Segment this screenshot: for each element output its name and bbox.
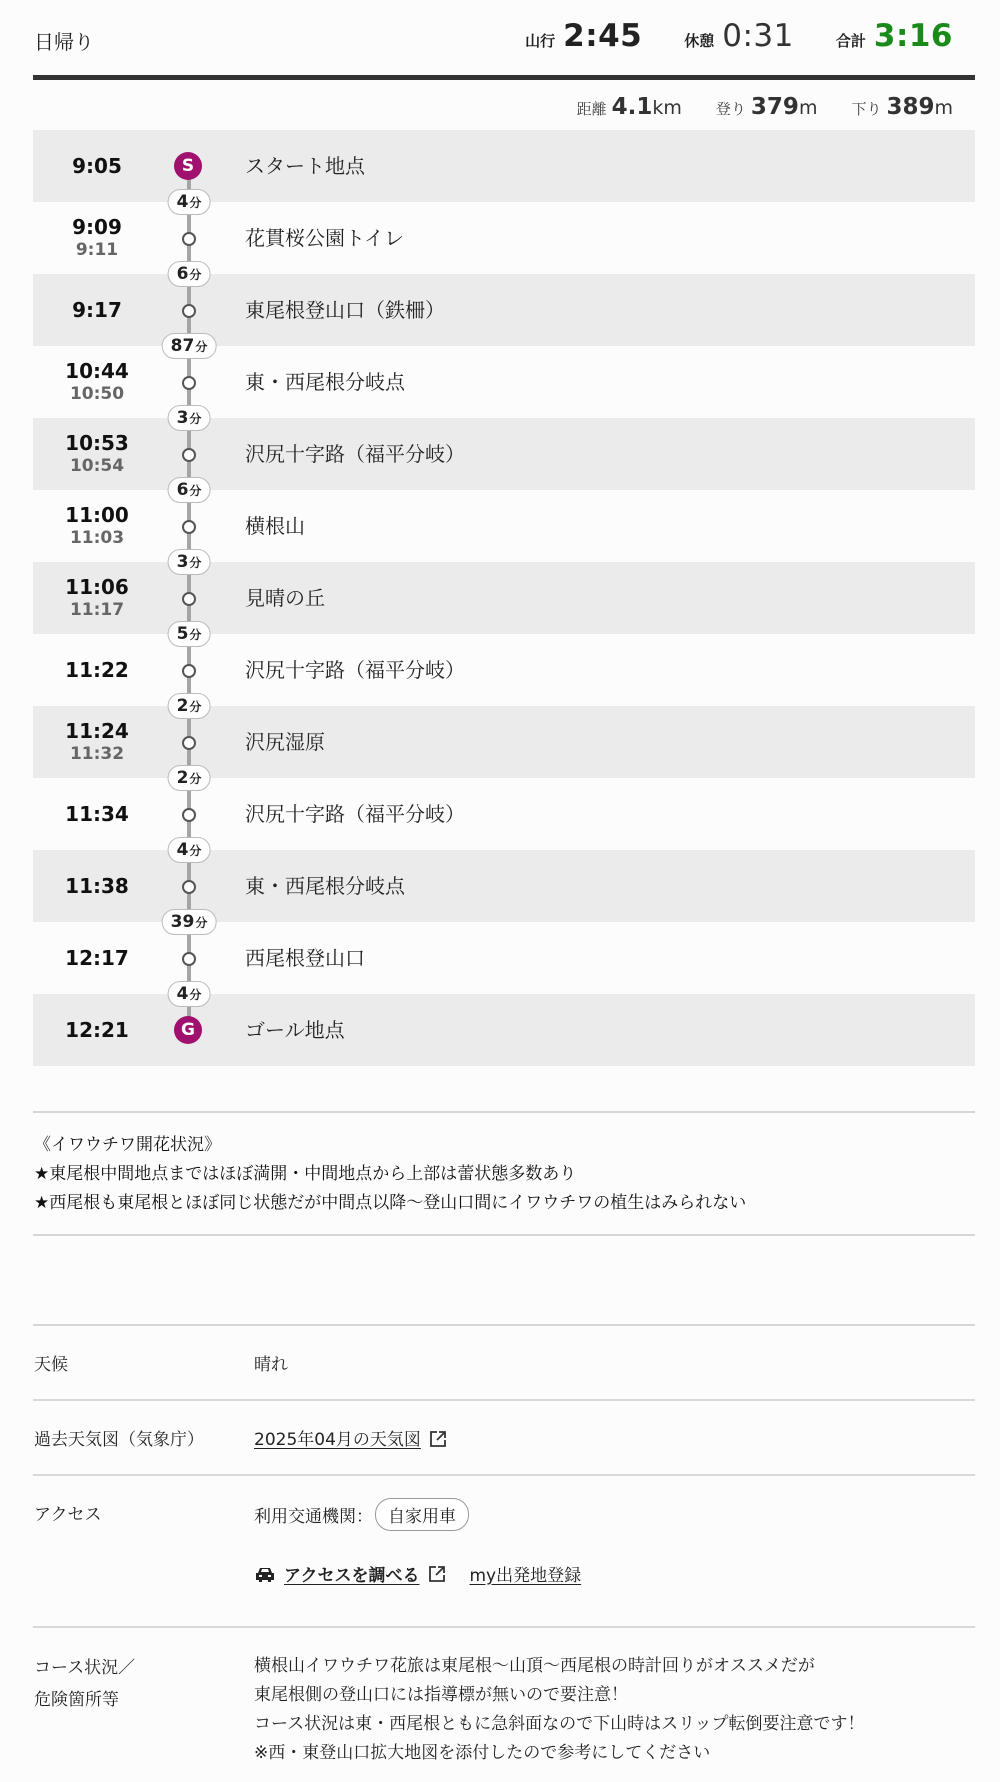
- time-cell: 11:22: [33, 658, 161, 682]
- access-label: アクセス: [33, 1476, 254, 1626]
- arrival-time: 9:05: [33, 154, 161, 178]
- departure-time: 11:32: [33, 743, 161, 765]
- arrival-time: 9:09: [33, 215, 161, 239]
- waypoint-node-icon: [182, 304, 196, 318]
- waypoint-name: 見晴の丘: [245, 562, 325, 634]
- segment-duration-badge: 3分: [168, 405, 211, 431]
- duration-value: 4: [177, 982, 189, 1006]
- weather-chart-value: 2025年04月の天気図: [254, 1425, 975, 1450]
- time-cell: 9:099:11: [33, 215, 161, 261]
- waypoint-node-icon: [182, 880, 196, 894]
- course-line: 東尾根側の登山口には指導標が無いので要注意！: [254, 1681, 975, 1710]
- notes-line: ★西尾根も東尾根とほぼ同じ状態だが中間点以降～登山口間にイワウチワの植生はみられ…: [34, 1189, 974, 1218]
- segment-duration-badge: 4分: [168, 981, 211, 1007]
- duration-unit: 分: [195, 335, 207, 359]
- arrival-time: 10:44: [33, 359, 161, 383]
- waypoint-name: 沢尻十字路（福平分岐）: [245, 778, 465, 850]
- duration-unit: 分: [189, 767, 201, 791]
- segment-duration-badge: 87分: [162, 333, 217, 359]
- weather-label: 天候: [33, 1350, 254, 1375]
- access-search-link[interactable]: アクセスを調べる: [284, 1561, 420, 1586]
- transport-badge: 自家用車: [375, 1498, 469, 1531]
- hiking-time-value: 2:45: [563, 18, 642, 54]
- weather-chart-label: 過去天気図（気象庁）: [33, 1425, 254, 1450]
- duration-unit: 分: [189, 263, 201, 287]
- route-stats: 距離 4.1 km 登り 379 m 下り 389 m: [33, 80, 975, 130]
- departure-time: 9:11: [33, 239, 161, 261]
- arrival-time: 12:21: [33, 1018, 161, 1042]
- waypoint-name: 沢尻湿原: [245, 706, 325, 778]
- duration-value: 5: [177, 622, 189, 646]
- duration-value: 4: [177, 190, 189, 214]
- duration-unit: 分: [189, 551, 201, 575]
- segment-duration-badge: 2分: [168, 765, 211, 791]
- duration-value: 2: [177, 694, 189, 718]
- segment-duration-badge: 4分: [168, 189, 211, 215]
- ascent-unit: m: [799, 97, 818, 119]
- arrival-time: 10:53: [33, 431, 161, 455]
- weather-value: 晴れ: [254, 1350, 975, 1375]
- waypoint-node-icon: [182, 664, 196, 678]
- ascent-value: 379: [751, 94, 799, 120]
- waypoint-name: 沢尻十字路（福平分岐）: [245, 418, 465, 490]
- course-line: ※西・東登山口拡大地図を添付したので参考にしてください: [254, 1739, 975, 1768]
- access-row: アクセス 利用交通機関：自家用車 アクセスを調べる my出発地登録: [33, 1476, 975, 1628]
- weather-row: 天候 晴れ: [33, 1326, 975, 1401]
- time-cell: 11:0011:03: [33, 503, 161, 549]
- arrival-time: 9:17: [33, 298, 161, 322]
- waypoint-node-icon: [182, 448, 196, 462]
- trip-type: 日帰り: [34, 26, 94, 55]
- time-cell: 11:2411:32: [33, 719, 161, 765]
- distance-unit: km: [652, 97, 682, 119]
- departure-time: 10:50: [33, 383, 161, 405]
- hiking-time: 山行 2:45: [525, 18, 642, 54]
- notes-line: 《イワウチワ開花状況》: [34, 1131, 974, 1160]
- duration-value: 4: [177, 838, 189, 862]
- transport-label: 利用交通機関：: [254, 1507, 373, 1527]
- total-time: 合計 3:16: [836, 18, 953, 54]
- time-cell: 12:17: [33, 946, 161, 970]
- course-line: 横根山イワウチワ花旅は東尾根～山頂～西尾根の時計回りがオススメだが: [254, 1652, 975, 1681]
- course-condition-label-line: コース状況／: [34, 1652, 254, 1684]
- arrival-time: 11:34: [33, 802, 161, 826]
- car-icon: [254, 1565, 276, 1583]
- segment-duration-badge: 3分: [168, 549, 211, 575]
- time-cell: 9:17: [33, 298, 161, 322]
- segment-duration-badge: 6分: [168, 477, 211, 503]
- arrival-time: 11:38: [33, 874, 161, 898]
- course-condition-label-line: 危険箇所等: [34, 1684, 254, 1716]
- duration-unit: 分: [189, 623, 201, 647]
- access-links: アクセスを調べる my出発地登録: [254, 1561, 975, 1586]
- waypoint-name: 東・西尾根分岐点: [245, 850, 405, 922]
- course-condition-text: 横根山イワウチワ花旅は東尾根～山頂～西尾根の時計回りがオススメだが 東尾根側の登…: [254, 1652, 975, 1768]
- time-cell: 12:21: [33, 1018, 161, 1042]
- summary-header: 日帰り 山行 2:45 休憩 0:31 合計 3:16: [33, 0, 975, 75]
- transport-line: 利用交通機関：自家用車: [254, 1498, 975, 1531]
- course-record: 日帰り 山行 2:45 休憩 0:31 合計 3:16 距離 4.1 km 登り…: [33, 0, 975, 1768]
- weather-chart-row: 過去天気図（気象庁） 2025年04月の天気図: [33, 1401, 975, 1476]
- departure-time: 11:17: [33, 599, 161, 621]
- waypoint-node-icon: [182, 808, 196, 822]
- descent-value: 389: [886, 94, 934, 120]
- access-value: 利用交通機関：自家用車 アクセスを調べる my出発地登録: [254, 1476, 975, 1626]
- duration-value: 3: [177, 550, 189, 574]
- arrival-time: 12:17: [33, 946, 161, 970]
- distance-label: 距離: [577, 98, 607, 119]
- departure-time: 10:54: [33, 455, 161, 477]
- segment-duration-badge: 39分: [162, 909, 217, 935]
- segment-duration-badge: 5分: [168, 621, 211, 647]
- duration-value: 6: [177, 262, 189, 286]
- hiking-time-label: 山行: [525, 30, 555, 51]
- duration-value: 3: [177, 406, 189, 430]
- time-cell: 9:05: [33, 154, 161, 178]
- duration-value: 39: [171, 910, 195, 934]
- arrival-time: 11:24: [33, 719, 161, 743]
- rest-time-label: 休憩: [684, 30, 714, 51]
- descent-unit: m: [934, 97, 953, 119]
- time-cell: 11:34: [33, 802, 161, 826]
- waypoint-name: 東尾根登山口（鉄柵）: [245, 274, 445, 346]
- duration-unit: 分: [189, 839, 201, 863]
- waypoint-name: 横根山: [245, 490, 305, 562]
- weather-chart-link[interactable]: 2025年04月の天気図: [254, 1430, 421, 1450]
- my-origin-register-link[interactable]: my出発地登録: [470, 1561, 582, 1586]
- arrival-time: 11:22: [33, 658, 161, 682]
- duration-value: 6: [177, 478, 189, 502]
- segment-duration-badge: 6分: [168, 261, 211, 287]
- total-time-label: 合計: [836, 30, 866, 51]
- waypoint-name: ゴール地点: [245, 994, 345, 1066]
- departure-time: 11:03: [33, 527, 161, 549]
- time-cell: 10:4410:50: [33, 359, 161, 405]
- time-summary: 山行 2:45 休憩 0:31 合計 3:16: [483, 18, 953, 54]
- duration-unit: 分: [189, 983, 201, 1007]
- total-time-value: 3:16: [874, 18, 953, 54]
- external-link-icon[interactable]: [428, 1565, 446, 1583]
- duration-value: 2: [177, 766, 189, 790]
- goal-marker-icon: G: [174, 1016, 202, 1044]
- blossom-notes: 《イワウチワ開花状況》 ★東尾根中間地点まではほぼ満開・中間地点から上部は蕾状態…: [33, 1113, 975, 1234]
- waypoint-node-icon: [182, 736, 196, 750]
- duration-unit: 分: [189, 407, 201, 431]
- arrival-time: 11:06: [33, 575, 161, 599]
- course-condition-label: コース状況／ 危険箇所等: [33, 1652, 254, 1768]
- waypoint-name: 沢尻十字路（福平分岐）: [245, 634, 465, 706]
- rest-time: 休憩 0:31: [684, 18, 794, 54]
- course-condition-row: コース状況／ 危険箇所等 横根山イワウチワ花旅は東尾根～山頂～西尾根の時計回りが…: [33, 1628, 975, 1768]
- waypoint-name: 花貫桜公園トイレ: [245, 202, 404, 274]
- start-marker-icon: S: [174, 152, 202, 180]
- external-link-icon[interactable]: [429, 1430, 447, 1448]
- time-cell: 11:0611:17: [33, 575, 161, 621]
- waypoint-name: スタート地点: [245, 130, 365, 202]
- waypoint-node-icon: [182, 592, 196, 606]
- waypoint-node-icon: [182, 952, 196, 966]
- waypoint-name: 西尾根登山口: [245, 922, 365, 994]
- duration-value: 87: [171, 334, 195, 358]
- duration-unit: 分: [189, 479, 201, 503]
- notes-line: ★東尾根中間地点まではほぼ満開・中間地点から上部は蕾状態多数あり: [34, 1160, 974, 1189]
- waypoint-name: 東・西尾根分岐点: [245, 346, 405, 418]
- time-cell: 10:5310:54: [33, 431, 161, 477]
- rest-time-value: 0:31: [722, 18, 794, 54]
- course-line: コース状況は東・西尾根ともに急斜面なので下山時はスリップ転倒要注意です！: [254, 1710, 975, 1739]
- ascent-stat: 登り 379 m: [716, 94, 818, 120]
- ascent-label: 登り: [716, 98, 746, 119]
- distance-value: 4.1: [612, 94, 653, 120]
- time-cell: 11:38: [33, 874, 161, 898]
- duration-unit: 分: [189, 191, 201, 215]
- duration-unit: 分: [189, 695, 201, 719]
- segment-duration-badge: 2分: [168, 693, 211, 719]
- course-timeline: 9:05Sスタート地点9:099:11花貫桜公園トイレ9:17東尾根登山口（鉄柵…: [33, 130, 975, 1066]
- descent-stat: 下り 389 m: [851, 94, 953, 120]
- descent-label: 下り: [851, 98, 881, 119]
- arrival-time: 11:00: [33, 503, 161, 527]
- duration-unit: 分: [195, 911, 207, 935]
- waypoint-node-icon: [182, 520, 196, 534]
- distance-stat: 距離 4.1 km: [577, 94, 682, 120]
- waypoint-node-icon: [182, 232, 196, 246]
- waypoint-node-icon: [182, 376, 196, 390]
- segment-duration-badge: 4分: [168, 837, 211, 863]
